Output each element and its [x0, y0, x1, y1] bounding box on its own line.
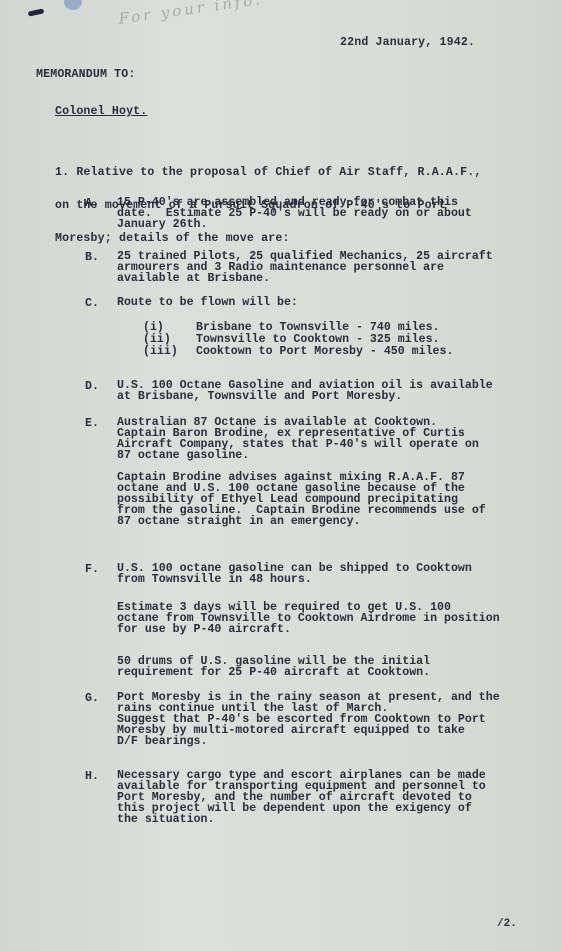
item-line: 87 octane straight in an emergency. — [117, 516, 486, 527]
item-paragraph: 50 drums of U.S. gasoline will be the in… — [117, 656, 430, 678]
item-label: H. — [85, 770, 99, 783]
memo-heading: MEMORANDUM TO: — [36, 69, 136, 80]
route-number: (ii) — [143, 334, 171, 345]
item-line: for use by P-40 aircraft. — [117, 624, 500, 635]
item-line: available at Brisbane. — [117, 273, 493, 284]
item-line: Route to be flown will be: — [117, 297, 298, 308]
item-line: January 26th. — [117, 219, 472, 230]
item-paragraph: 15 P-40's are assembled and ready for co… — [117, 197, 472, 230]
item-line: the situation. — [117, 814, 486, 825]
ink-mark — [28, 8, 45, 16]
paragraph-1-line: 1. Relative to the proposal of Chief of … — [55, 167, 481, 178]
route-text: Cooktown to Port Moresby - 450 miles. — [196, 346, 453, 357]
item-paragraph: 25 trained Pilots, 25 qualified Mechanic… — [117, 251, 493, 284]
item-paragraph: Australian 87 Octane is available at Coo… — [117, 417, 479, 461]
paragraph-1-line: Moresby; details of the move are: — [55, 233, 481, 244]
route-number: (iii) — [143, 346, 178, 357]
item-label: B. — [85, 251, 99, 264]
item-label: E. — [85, 417, 99, 430]
memo-date: 22nd January, 1942. — [340, 37, 475, 48]
route-number: (i) — [143, 322, 164, 333]
item-label: D. — [85, 380, 99, 393]
item-label: F. — [85, 563, 99, 576]
item-line: at Brisbane, Townsville and Port Moresby… — [117, 391, 493, 402]
item-paragraph: Necessary cargo type and escort airplane… — [117, 770, 486, 825]
item-line: 87 octane gasoline. — [117, 450, 479, 461]
memo-recipient: Colonel Hoyt. — [55, 106, 147, 117]
route-text: Brisbane to Townsville - 740 miles. — [196, 322, 440, 333]
item-line: from Townsville in 48 hours. — [117, 574, 472, 585]
page-continuation: /2. — [497, 918, 517, 930]
route-text: Townsville to Cooktown - 325 miles. — [196, 334, 440, 345]
item-paragraph: U.S. 100 octane gasoline can be shipped … — [117, 563, 472, 585]
handwritten-note: For your info. — [117, 0, 263, 28]
item-paragraph: Captain Brodine advises against mixing R… — [117, 472, 486, 527]
item-paragraph: Route to be flown will be: — [117, 297, 298, 308]
item-label: C. — [85, 297, 99, 310]
memo-page: For your info. 22nd January, 1942. MEMOR… — [0, 0, 562, 951]
item-paragraph: U.S. 100 Octane Gasoline and aviation oi… — [117, 380, 493, 402]
item-label: A. — [85, 197, 99, 210]
item-paragraph: Estimate 3 days will be required to get … — [117, 602, 500, 635]
item-paragraph: Port Moresby is in the rainy season at p… — [117, 692, 500, 747]
item-line: D/F bearings. — [117, 736, 500, 747]
punch-hole — [64, 0, 82, 10]
item-line: requirement for 25 P-40 aircraft at Cook… — [117, 667, 430, 678]
item-label: G. — [85, 692, 99, 705]
